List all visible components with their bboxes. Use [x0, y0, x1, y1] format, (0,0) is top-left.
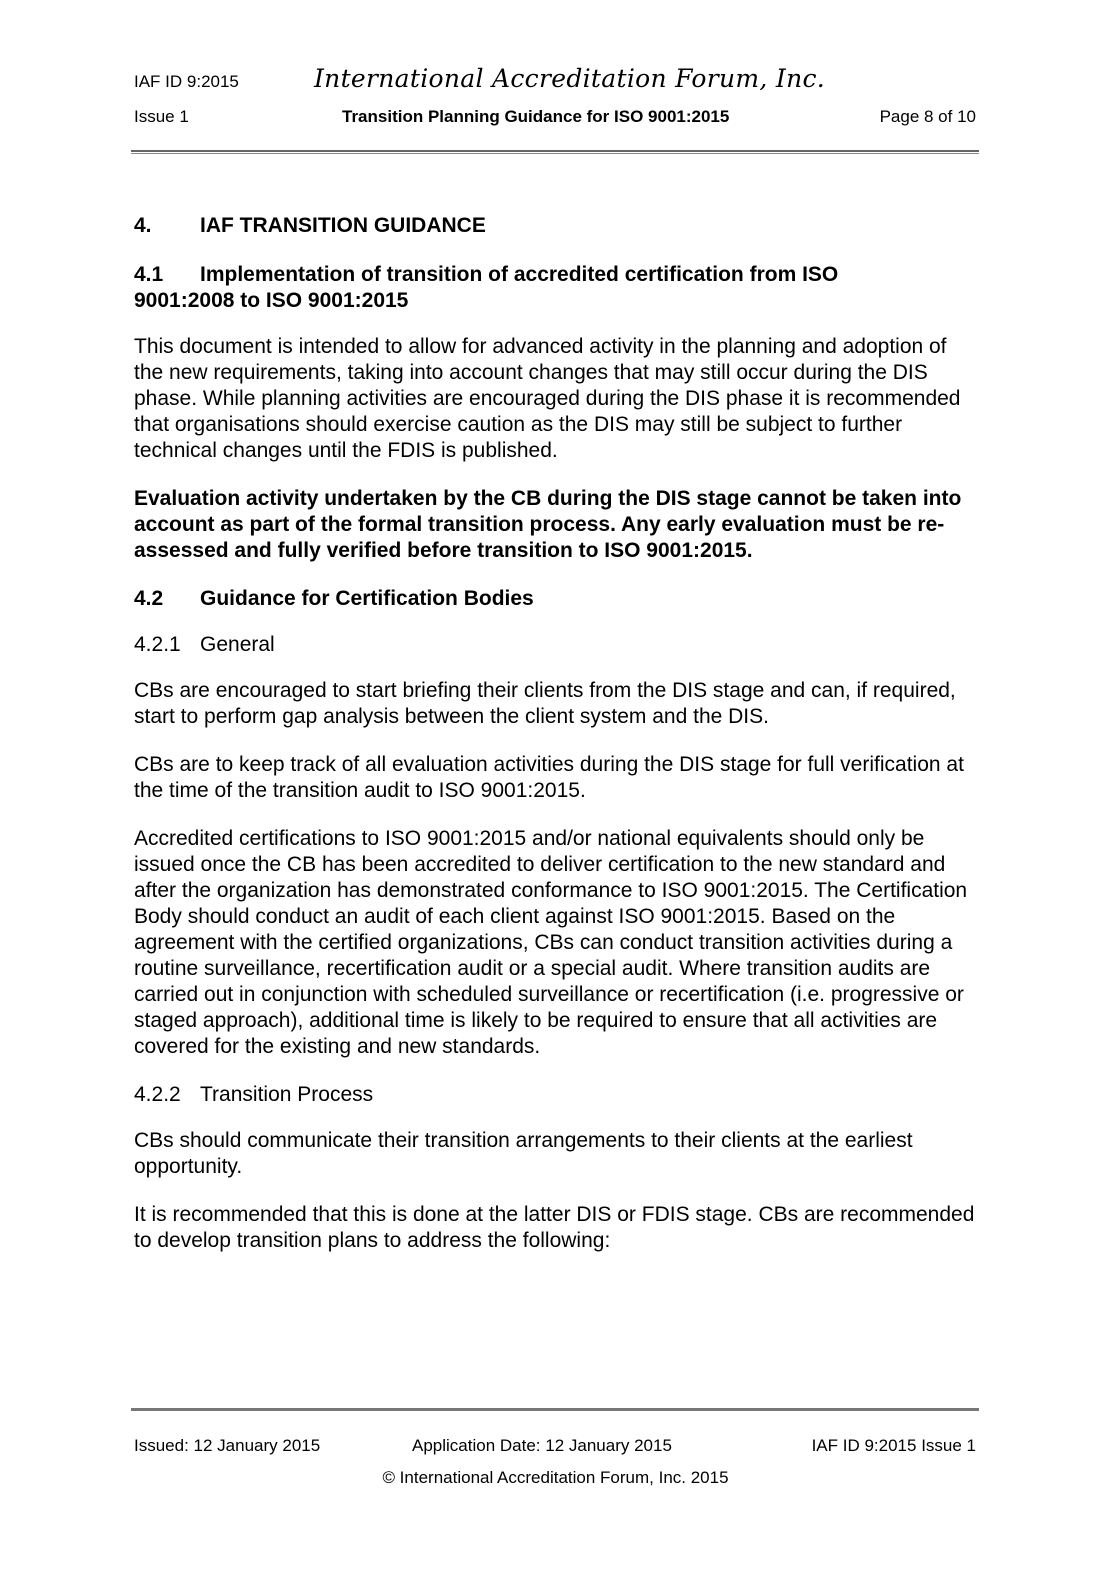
- header-doc-id: IAF ID 9:2015: [134, 72, 239, 92]
- footer-doc-id: IAF ID 9:2015 Issue 1: [812, 1436, 976, 1456]
- section-title: Guidance for Certification Bodies: [200, 587, 534, 610]
- section-4-2-heading: 4.2Guidance for Certification Bodies: [134, 586, 980, 612]
- section-number: 4.1: [134, 262, 200, 288]
- header-page-number: Page 8 of 10: [880, 107, 976, 127]
- header-issue: Issue 1: [134, 107, 189, 127]
- page-content: 4.IAF TRANSITION GUIDANCE 4.1Implementat…: [134, 212, 980, 1276]
- paragraph: It is recommended that this is done at t…: [134, 1202, 980, 1254]
- paragraph: Accredited certifications to ISO 9001:20…: [134, 826, 980, 1060]
- section-title-line1: Implementation of transition of accredit…: [200, 263, 838, 286]
- footer-copyright: © International Accreditation Forum, Inc…: [0, 1468, 1111, 1488]
- page-header-bottom: Issue 1 Transition Planning Guidance for…: [134, 107, 978, 129]
- header-document-title: Transition Planning Guidance for ISO 900…: [342, 107, 729, 127]
- section-title: Transition Process: [200, 1083, 373, 1106]
- page-footer: Issued: 12 January 2015 Application Date…: [134, 1436, 978, 1458]
- header-divider: [131, 150, 979, 154]
- section-title-line2: 9001:2008 to ISO 9001:2015: [134, 289, 408, 312]
- paragraph-emphasis: Evaluation activity undertaken by the CB…: [134, 486, 980, 564]
- section-number: 4.2.2: [134, 1082, 200, 1108]
- paragraph: CBs should communicate their transition …: [134, 1128, 980, 1180]
- section-title: General: [200, 633, 275, 656]
- section-title: IAF TRANSITION GUIDANCE: [200, 214, 486, 237]
- paragraph: This document is intended to allow for a…: [134, 334, 980, 464]
- section-number: 4.2.1: [134, 632, 200, 658]
- paragraph: CBs are to keep track of all evaluation …: [134, 752, 980, 804]
- section-4-2-2-heading: 4.2.2Transition Process: [134, 1082, 980, 1108]
- paragraph: CBs are encouraged to start briefing the…: [134, 678, 980, 730]
- header-organization: International Accreditation Forum, Inc.: [314, 64, 825, 93]
- footer-issued-date: Issued: 12 January 2015: [134, 1436, 320, 1456]
- section-number: 4.2: [134, 586, 200, 612]
- footer-application-date: Application Date: 12 January 2015: [412, 1436, 672, 1456]
- section-number: 4.: [134, 212, 200, 240]
- section-4-1-heading: 4.1Implementation of transition of accre…: [134, 262, 980, 314]
- page-header-top: IAF ID 9:2015 International Accreditatio…: [134, 64, 978, 100]
- section-4-heading: 4.IAF TRANSITION GUIDANCE: [134, 212, 980, 240]
- section-4-2-1-heading: 4.2.1General: [134, 632, 980, 658]
- footer-divider: [131, 1408, 979, 1411]
- document-page: IAF ID 9:2015 International Accreditatio…: [0, 0, 1111, 1570]
